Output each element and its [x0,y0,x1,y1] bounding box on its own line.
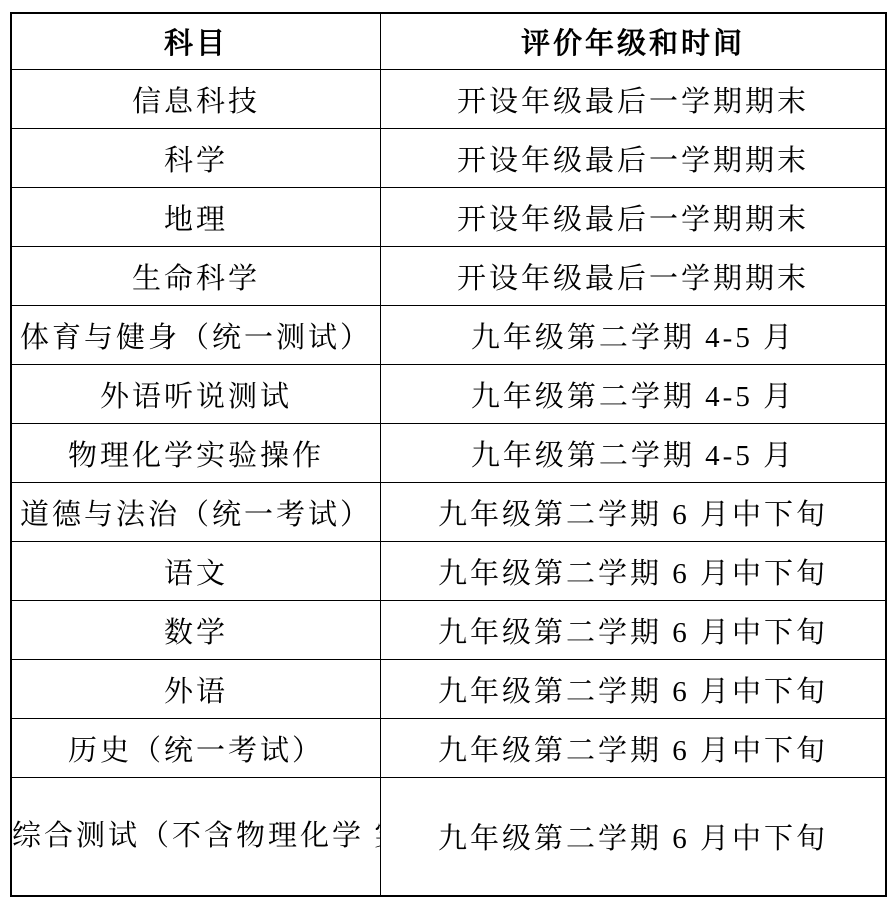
time-cell: 九年级第二学期 6 月中下旬 [381,483,887,542]
table-row: 科学 开设年级最后一学期期末 [11,129,886,188]
time-cell: 开设年级最后一学期期末 [381,247,887,306]
subject-cell: 外语 [11,660,381,719]
table-row: 外语听说测试 九年级第二学期 4-5 月 [11,365,886,424]
time-cell: 九年级第二学期 4-5 月 [381,306,887,365]
time-cell: 开设年级最后一学期期末 [381,70,887,129]
table-row: 物理化学实验操作 九年级第二学期 4-5 月 [11,424,886,483]
time-cell: 九年级第二学期 4-5 月 [381,424,887,483]
subject-cell: 地理 [11,188,381,247]
evaluation-schedule-table: 科目 评价年级和时间 信息科技 开设年级最后一学期期末 科学 开设年级最后一学期… [10,12,887,897]
time-cell: 九年级第二学期 6 月中下旬 [381,542,887,601]
time-cell: 开设年级最后一学期期末 [381,129,887,188]
time-cell: 九年级第二学期 4-5 月 [381,365,887,424]
subject-cell: 数学 [11,601,381,660]
time-cell: 九年级第二学期 6 月中下旬 [381,660,887,719]
subject-cell: 信息科技 [11,70,381,129]
time-cell: 九年级第二学期 6 月中下旬 [381,719,887,778]
table-row: 生命科学 开设年级最后一学期期末 [11,247,886,306]
table-row: 地理 开设年级最后一学期期末 [11,188,886,247]
subject-cell: 历史（统一考试） [11,719,381,778]
subject-cell: 体育与健身（统一测试） [11,306,381,365]
time-cell: 开设年级最后一学期期末 [381,188,887,247]
subject-cell: 道德与法治（统一考试） [11,483,381,542]
subject-column-header: 科目 [11,13,381,70]
time-cell: 九年级第二学期 6 月中下旬 [381,601,887,660]
subject-cell: 物理化学实验操作 [11,424,381,483]
table-row: 历史（统一考试） 九年级第二学期 6 月中下旬 [11,719,886,778]
subject-cell: 外语听说测试 [11,365,381,424]
time-column-header: 评价年级和时间 [381,13,887,70]
subject-cell: 综合测试（不含物理化学 实验操作） [11,778,381,896]
table-row: 体育与健身（统一测试） 九年级第二学期 4-5 月 [11,306,886,365]
table-row: 外语 九年级第二学期 6 月中下旬 [11,660,886,719]
time-cell: 九年级第二学期 6 月中下旬 [381,778,887,896]
document-page: 科目 评价年级和时间 信息科技 开设年级最后一学期期末 科学 开设年级最后一学期… [0,0,892,911]
table-row: 道德与法治（统一考试） 九年级第二学期 6 月中下旬 [11,483,886,542]
subject-cell: 科学 [11,129,381,188]
subject-cell: 语文 [11,542,381,601]
table-row: 信息科技 开设年级最后一学期期末 [11,70,886,129]
table-header-row: 科目 评价年级和时间 [11,13,886,70]
table-row: 综合测试（不含物理化学 实验操作） 九年级第二学期 6 月中下旬 [11,778,886,896]
table-row: 语文 九年级第二学期 6 月中下旬 [11,542,886,601]
table-row: 数学 九年级第二学期 6 月中下旬 [11,601,886,660]
subject-cell: 生命科学 [11,247,381,306]
